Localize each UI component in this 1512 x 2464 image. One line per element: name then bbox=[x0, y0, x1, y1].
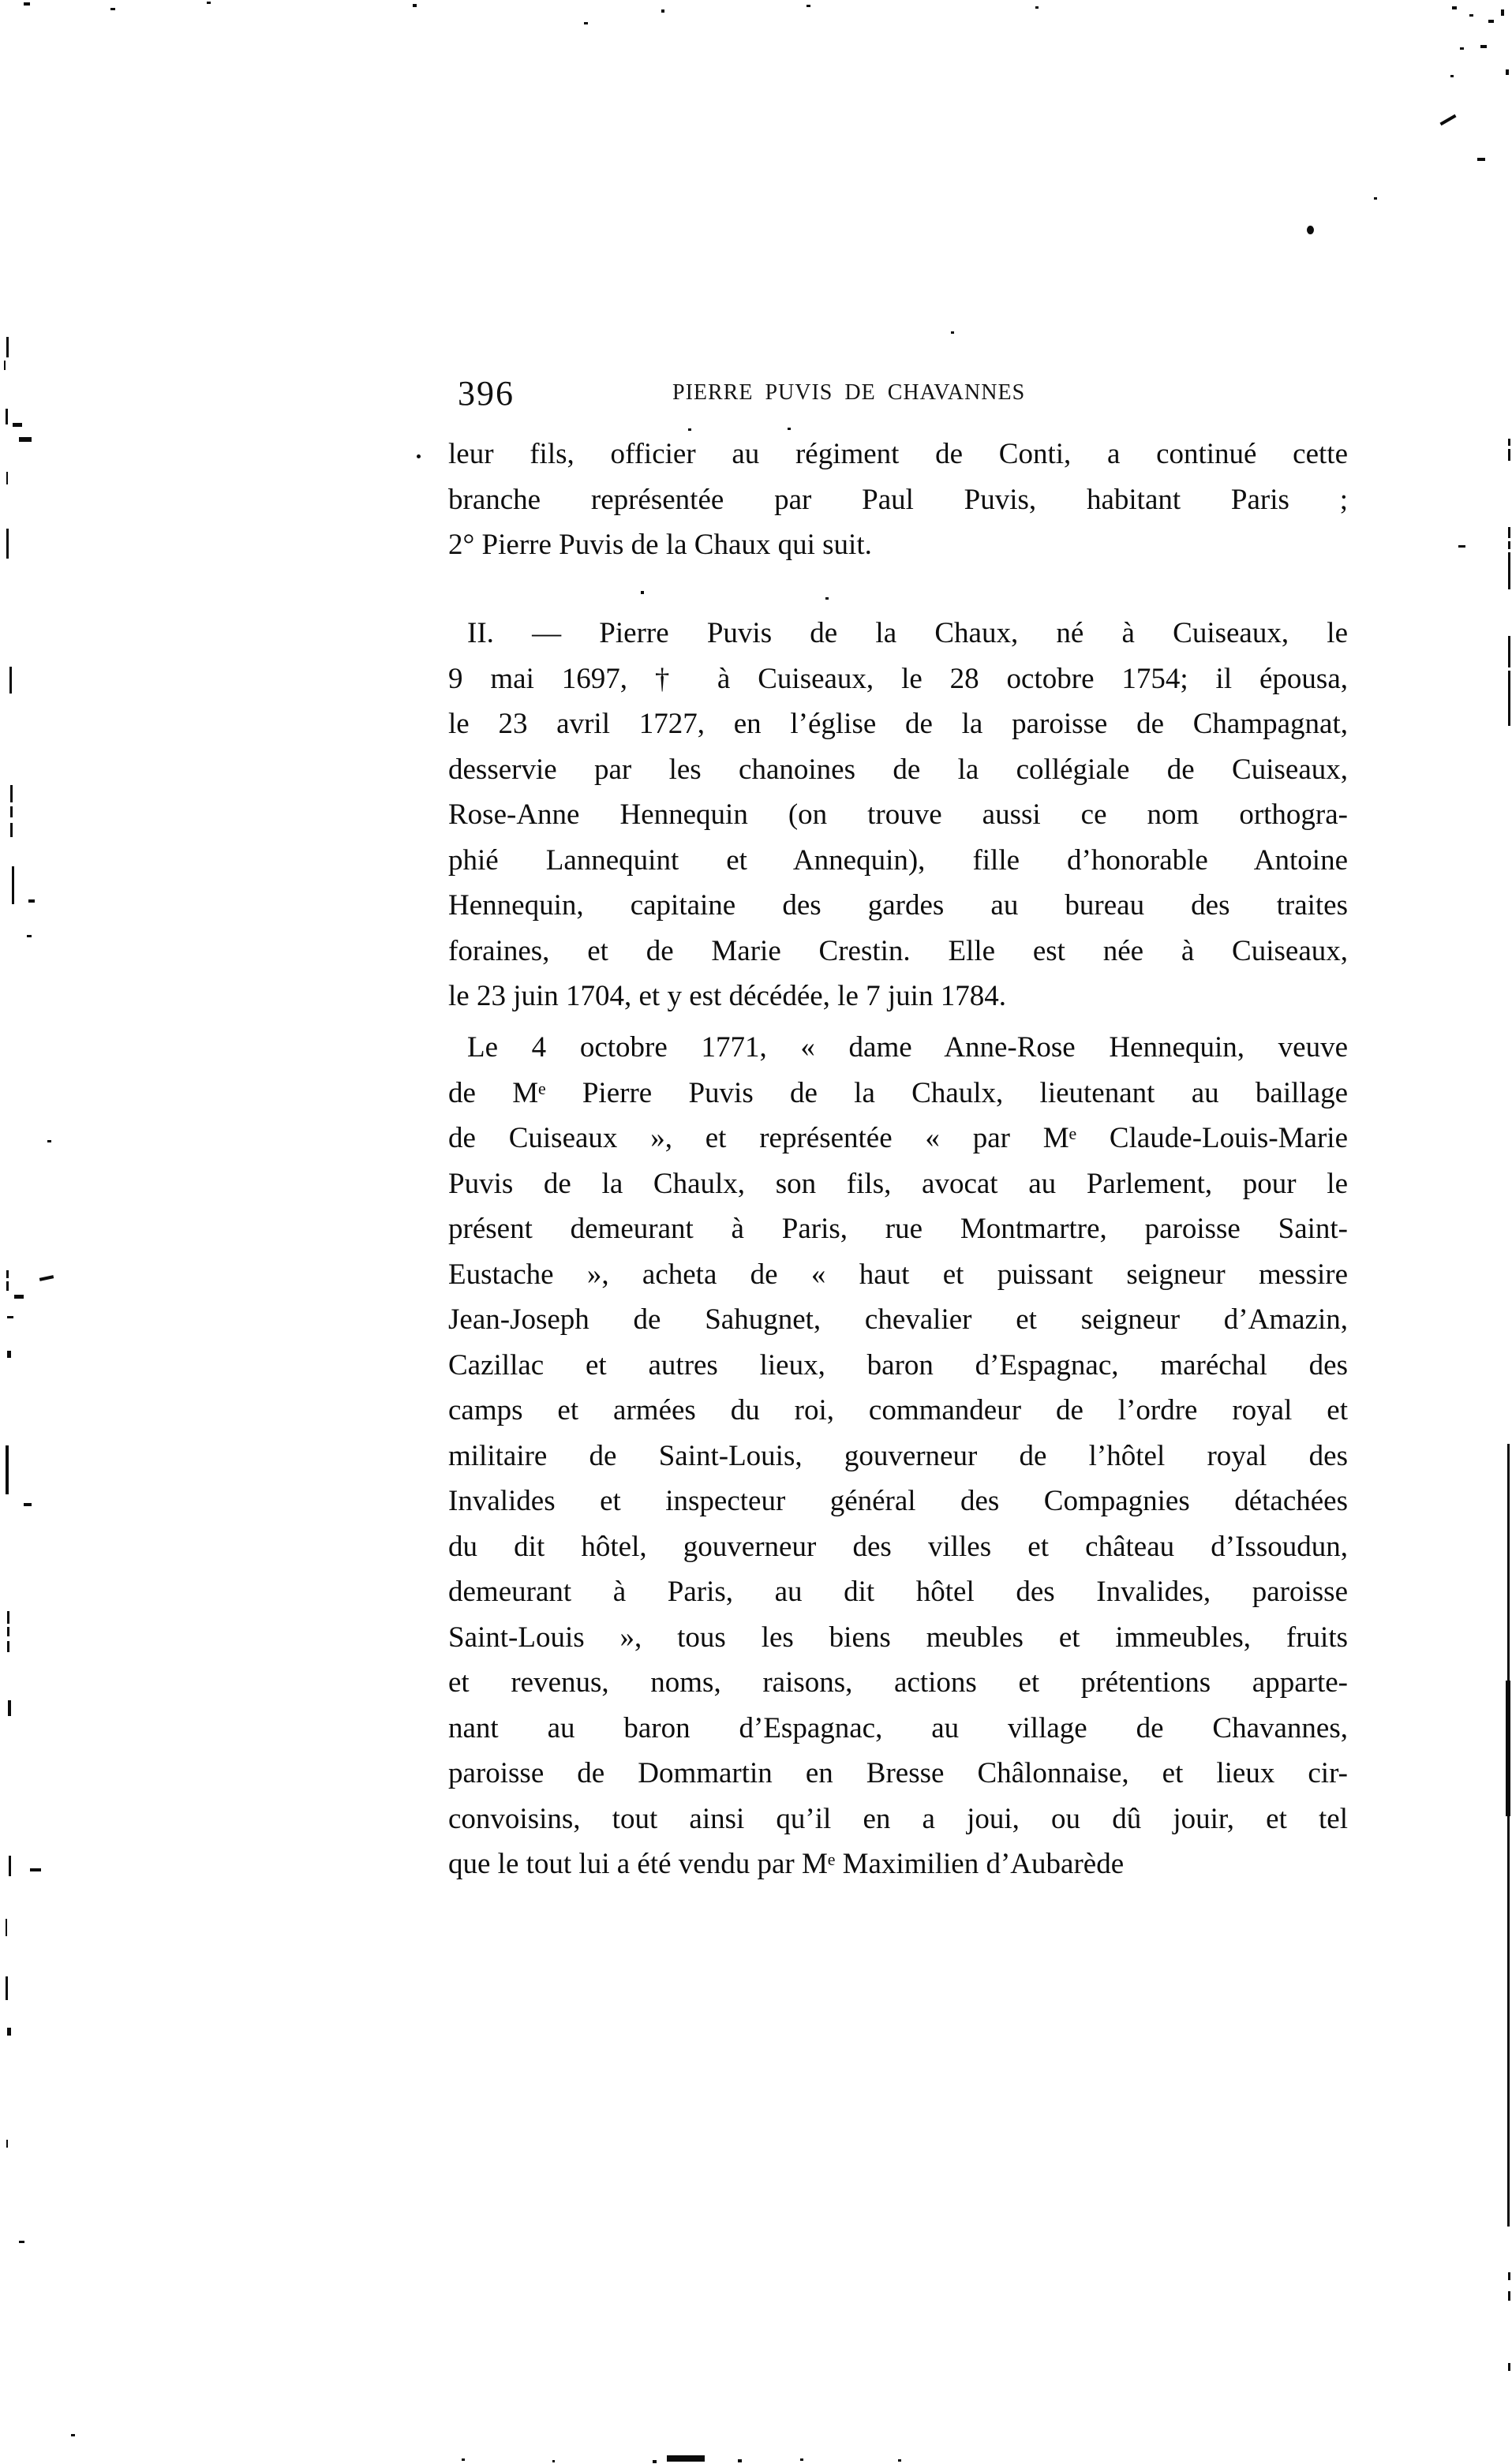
scan-artifact bbox=[6, 1445, 9, 1494]
scan-artifact bbox=[417, 454, 421, 458]
scan-artifact bbox=[24, 2, 30, 6]
scan-artifact bbox=[10, 806, 13, 817]
scan-artifact bbox=[1507, 1816, 1510, 2227]
scan-artifact bbox=[1506, 69, 1509, 75]
scan-artifact bbox=[738, 2459, 742, 2462]
scan-artifact bbox=[1508, 2272, 1510, 2280]
scan-artifact bbox=[24, 1503, 32, 1506]
text-line: de Mᵉ Pierre Puvis de la Chaulx, lieuten… bbox=[448, 1071, 1348, 1116]
scan-artifact bbox=[9, 667, 12, 694]
scan-artifact bbox=[47, 1140, 51, 1142]
text-line: Rose-Anne Hennequin (on trouve aussi ce … bbox=[448, 792, 1348, 838]
text-line: Puvis de la Chaulx, son fils, avocat au … bbox=[448, 1161, 1348, 1207]
scan-artifact bbox=[8, 1700, 11, 1716]
scan-artifact bbox=[19, 2241, 24, 2243]
scan-artifact bbox=[27, 935, 32, 937]
scan-artifact bbox=[4, 361, 6, 370]
text-line: et revenus, noms, raisons, actions et pr… bbox=[448, 1660, 1348, 1706]
scan-artifact bbox=[951, 331, 954, 334]
scan-artifact bbox=[6, 409, 8, 424]
text-line: convoisins, tout ainsi qu’il en a joui, … bbox=[448, 1797, 1348, 1842]
text-line: Jean-Joseph de Sahugnet, chevalier et se… bbox=[448, 1297, 1348, 1343]
scan-artifact bbox=[1460, 47, 1464, 50]
scan-artifact bbox=[10, 823, 13, 837]
text-line: Saint-Louis », tous les biens meubles et… bbox=[448, 1615, 1348, 1661]
text-line: le 23 avril 1727, en l’église de la paro… bbox=[448, 701, 1348, 747]
paragraph-continuation: leur fils, officier au régiment de Conti… bbox=[448, 432, 1348, 568]
scan-artifact bbox=[6, 529, 9, 559]
text-line: présent demeurant à Paris, rue Montmartr… bbox=[448, 1206, 1348, 1252]
text-line: Hennequin, capitaine des gardes au burea… bbox=[448, 883, 1348, 929]
scan-artifact bbox=[462, 2458, 465, 2461]
text-line: desservie par les chanoines de la collég… bbox=[448, 747, 1348, 793]
scan-artifact bbox=[1508, 552, 1510, 589]
scan-artifact bbox=[1035, 6, 1039, 9]
book-page-scan: 396 PIERRE PUVIS DE CHAVANNES leur fils,… bbox=[0, 0, 1512, 2464]
scan-artifact bbox=[661, 9, 664, 13]
scan-artifact bbox=[9, 1856, 11, 1876]
text-line: que le tout lui a été vendu par Mᵉ Maxim… bbox=[448, 1841, 1348, 1887]
page-number: 396 bbox=[458, 373, 515, 413]
scan-artifact bbox=[6, 472, 8, 484]
scan-artifact bbox=[1507, 1444, 1510, 1682]
scan-artifact bbox=[1508, 541, 1510, 549]
scan-artifact bbox=[7, 1627, 9, 1636]
text-line: Invalides et inspecteur général des Comp… bbox=[448, 1479, 1348, 1524]
scan-artifact bbox=[800, 2458, 803, 2461]
scan-artifact bbox=[584, 22, 588, 24]
scan-artifact bbox=[667, 2455, 705, 2462]
scan-artifact bbox=[39, 1275, 54, 1281]
scan-artifact bbox=[7, 1351, 11, 1358]
scan-artifact bbox=[1508, 2291, 1510, 2301]
scan-artifact bbox=[7, 1316, 13, 1318]
scan-artifact bbox=[1488, 20, 1494, 23]
scan-artifact bbox=[413, 4, 417, 7]
text-line: Eustache », acheta de « haut et puissant… bbox=[448, 1252, 1348, 1298]
text-line: du dit hôtel, gouverneur des villes et c… bbox=[448, 1524, 1348, 1570]
scan-artifact bbox=[6, 1976, 8, 2000]
scan-artifact bbox=[10, 785, 13, 802]
scan-artifact bbox=[6, 1919, 7, 1936]
scan-artifact bbox=[641, 591, 644, 594]
scan-artifact bbox=[688, 428, 691, 431]
scan-artifact bbox=[552, 2460, 555, 2462]
scan-artifact bbox=[1374, 197, 1377, 200]
scan-artifact bbox=[1508, 2363, 1510, 2371]
scan-artifact bbox=[1307, 226, 1314, 234]
scan-artifact bbox=[6, 2140, 8, 2148]
scan-artifact bbox=[1458, 545, 1465, 548]
scan-artifact bbox=[898, 2459, 901, 2462]
scan-artifact bbox=[7, 1641, 9, 1652]
scan-artifact bbox=[1508, 439, 1510, 446]
text-line: militaire de Saint-Louis, gouverneur de … bbox=[448, 1434, 1348, 1479]
scan-artifact bbox=[7, 2028, 11, 2036]
scan-artifact bbox=[1439, 114, 1456, 125]
scan-artifact bbox=[788, 428, 791, 430]
scan-artifact bbox=[6, 1270, 9, 1278]
text-line: camps et armées du roi, commandeur de l’… bbox=[448, 1388, 1348, 1434]
scan-artifact bbox=[1480, 45, 1487, 48]
paragraph-section-II: II. — Pierre Puvis de la Chaux, né à Cui… bbox=[448, 611, 1348, 1019]
scan-artifact bbox=[1508, 449, 1510, 461]
scan-artifact bbox=[1477, 158, 1485, 161]
paragraph-acte-1771: Le 4 octobre 1771, « dame Anne-Rose Henn… bbox=[448, 1025, 1348, 1887]
scan-artifact bbox=[1506, 1681, 1510, 1816]
text-line: Cazillac et autres lieux, baron d’Espagn… bbox=[448, 1343, 1348, 1389]
text-line: demeurant à Paris, au dit hôtel des Inva… bbox=[448, 1569, 1348, 1615]
scan-artifact bbox=[19, 437, 32, 442]
scan-artifact bbox=[207, 2, 211, 4]
scan-artifact bbox=[30, 1868, 41, 1871]
text-line: nant au baron d’Espagnac, au village de … bbox=[448, 1706, 1348, 1752]
scan-artifact bbox=[12, 866, 14, 904]
scan-artifact bbox=[6, 1281, 9, 1291]
scan-artifact bbox=[7, 1611, 9, 1624]
scan-artifact bbox=[13, 423, 22, 427]
scan-artifact bbox=[110, 8, 115, 10]
scan-artifact bbox=[6, 337, 9, 357]
scan-artifact bbox=[28, 899, 35, 903]
text-line: phié Lannequint et Annequin), fille d’ho… bbox=[448, 838, 1348, 884]
text-line: de Cuiseaux », et représentée « par Mᵉ C… bbox=[448, 1116, 1348, 1161]
scan-artifact bbox=[1501, 9, 1504, 16]
scan-artifact bbox=[825, 597, 829, 600]
scan-artifact bbox=[1508, 636, 1510, 667]
scan-artifact bbox=[14, 1295, 24, 1299]
scan-artifact bbox=[1450, 75, 1454, 77]
scan-artifact bbox=[1452, 6, 1457, 9]
text-line: paroisse de Dommartin en Bresse Châlonna… bbox=[448, 1751, 1348, 1797]
running-header: PIERRE PUVIS DE CHAVANNES bbox=[672, 380, 1025, 406]
scan-artifact bbox=[807, 5, 810, 7]
text-line: branche représentée par Paul Puvis, habi… bbox=[448, 477, 1348, 523]
text-line: foraines, et de Marie Crestin. Elle est … bbox=[448, 929, 1348, 974]
scan-artifact bbox=[653, 2460, 657, 2463]
scan-artifact bbox=[1508, 527, 1510, 538]
text-line: II. — Pierre Puvis de la Chaux, né à Cui… bbox=[448, 611, 1348, 656]
scan-artifact bbox=[71, 2434, 75, 2436]
text-line: 2° Pierre Puvis de la Chaux qui suit. bbox=[448, 522, 1348, 568]
text-line: 9 mai 1697, † à Cuiseaux, le 28 octobre … bbox=[448, 656, 1348, 702]
text-line: leur fils, officier au régiment de Conti… bbox=[448, 432, 1348, 477]
text-line: le 23 juin 1704, et y est décédée, le 7 … bbox=[448, 974, 1348, 1019]
scan-artifact bbox=[1508, 671, 1510, 726]
text-line: Le 4 octobre 1771, « dame Anne-Rose Henn… bbox=[448, 1025, 1348, 1071]
scan-artifact bbox=[1469, 14, 1473, 17]
